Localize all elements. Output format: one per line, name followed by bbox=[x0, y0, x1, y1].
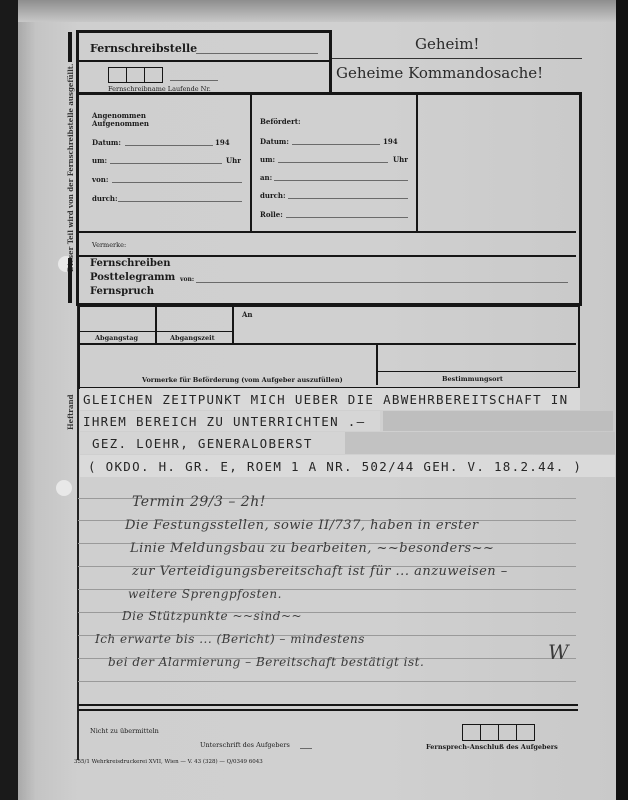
handwritten-line-4: zur Verteidigungsbereitschaft ist für ..… bbox=[132, 564, 508, 579]
phone-cell-4 bbox=[516, 724, 535, 741]
handwritten-line-1: Termin 29/3 – 2h! bbox=[132, 494, 266, 510]
left-vertical-note: Dieser Teil wird von der Fernschreibstel… bbox=[66, 64, 75, 272]
telex-line-2: IHREM BEREICH ZU UNTERRICHTEN .— bbox=[83, 414, 365, 429]
received-date-label: Datum: bbox=[92, 138, 121, 147]
divider-forwarded bbox=[416, 95, 418, 232]
received-by-label: durch: bbox=[92, 194, 118, 203]
forwarded-to-field[interactable] bbox=[274, 180, 408, 181]
forwarded-by-field[interactable] bbox=[288, 198, 408, 199]
type-telex: Fernschreiben bbox=[90, 258, 171, 269]
forwarded-date-field[interactable] bbox=[292, 144, 380, 145]
ruled-line bbox=[78, 681, 576, 682]
office-label: Fernschreibstelle bbox=[90, 42, 197, 55]
handwritten-line-8: bei der Alarmierung – Bereitschaft bestä… bbox=[108, 655, 424, 669]
telex-line-3: GEZ. LOEHR, GENERALOBERST bbox=[92, 436, 313, 451]
dispatch-day-label: Abgangstag bbox=[95, 334, 138, 342]
name-cell-3 bbox=[144, 67, 163, 83]
heftrand-label: Heftrand bbox=[66, 394, 75, 430]
printer-line: 355/1 Wehrkreisdruckerei XVII, Wien — V.… bbox=[74, 759, 263, 765]
dispatch-time-label: Abgangszeit bbox=[170, 334, 215, 342]
handwritten-line-2: Die Festungsstellen, sowie II/737, haben… bbox=[125, 518, 479, 533]
dispatch-divider-1 bbox=[155, 305, 157, 345]
destination-label: Bestimmungsort bbox=[442, 375, 503, 383]
left-bar-top bbox=[68, 32, 72, 62]
number-line bbox=[170, 80, 218, 81]
classification-secret: Geheim! bbox=[415, 35, 479, 53]
type-from-label: von: bbox=[180, 276, 194, 283]
forwarded-by-label: durch: bbox=[260, 191, 286, 200]
forwarded-time-field[interactable] bbox=[278, 162, 388, 163]
phone-cell-2 bbox=[480, 724, 499, 741]
telex-strip-blank-2 bbox=[345, 432, 615, 454]
received-time-label: um: bbox=[92, 156, 107, 165]
classification-command: Geheime Kommandosache! bbox=[336, 64, 543, 82]
office-line bbox=[196, 53, 318, 54]
remarks-bottom-rule bbox=[79, 255, 576, 257]
forwarded-uhr: Uhr bbox=[393, 155, 408, 164]
remarks-label: Vermerke: bbox=[92, 241, 126, 249]
bottom-rule-2 bbox=[78, 709, 578, 711]
office-divider bbox=[79, 60, 329, 62]
forwarded-roll-field[interactable] bbox=[286, 217, 408, 218]
handwritten-line-3: Linie Meldungsbau zu bearbeiten, ~~beson… bbox=[130, 541, 494, 556]
forwarded-roll-label: Rolle: bbox=[260, 210, 283, 219]
name-cell-2 bbox=[126, 67, 145, 83]
telex-line-4: ( OKDO. H. GR. E, ROEM 1 A NR. 502/44 GE… bbox=[88, 459, 582, 474]
dispatch-to-label: An bbox=[242, 310, 253, 319]
divider-received bbox=[250, 95, 252, 232]
punch-hole-bottom bbox=[56, 480, 72, 496]
telex-strip-blank bbox=[383, 411, 613, 431]
forwarded-year: 194 bbox=[383, 137, 398, 146]
received-uhr: Uhr bbox=[226, 156, 241, 165]
handwritten-line-7: Ich erwarte bis ... (Bericht) – mindeste… bbox=[95, 632, 365, 646]
received-date-field[interactable] bbox=[125, 145, 213, 146]
paper-top-shadow bbox=[18, 0, 616, 22]
type-from-field[interactable] bbox=[196, 282, 568, 283]
bottom-rule-1 bbox=[78, 704, 578, 706]
classification-rule bbox=[332, 58, 582, 59]
dispatch-mid-rule bbox=[78, 343, 576, 345]
received-time-field[interactable] bbox=[110, 163, 222, 164]
received-by-field[interactable] bbox=[118, 201, 242, 202]
forwarded-title: Befördert: bbox=[260, 117, 301, 126]
type-phone: Fernspruch bbox=[90, 286, 154, 297]
routing-note: Vormerke für Beförderung (vom Aufgeber a… bbox=[142, 376, 343, 384]
signature-label[interactable]: Unterschrift des Aufgebers bbox=[200, 741, 290, 749]
forwarded-to-label: an: bbox=[260, 173, 272, 182]
telex-line-1: GLEICHEN ZEITPUNKT MICH UEBER DIE ABWEHR… bbox=[83, 392, 568, 407]
dispatch-divider-2 bbox=[232, 305, 234, 345]
forwarded-time-label: um: bbox=[260, 155, 275, 164]
received-from-label: von: bbox=[92, 175, 108, 184]
phone-cell-1 bbox=[462, 724, 481, 741]
handwritten-line-5: weitere Sprengpfosten. bbox=[128, 587, 282, 601]
type-posttelegram: Posttelegramm bbox=[90, 272, 175, 283]
remarks-top-rule bbox=[79, 231, 576, 233]
left-bar-mid bbox=[68, 258, 72, 303]
phone-cell-3 bbox=[498, 724, 517, 741]
destination-rule bbox=[376, 371, 576, 372]
not-transmit-label: Nicht zu übermitteln bbox=[90, 727, 159, 735]
dispatch-label-rule bbox=[78, 331, 234, 332]
name-cell-1 bbox=[108, 67, 127, 83]
forwarded-date-label: Datum: bbox=[260, 137, 289, 146]
received-title-2: Aufgenommen bbox=[92, 119, 149, 128]
received-from-field[interactable] bbox=[112, 182, 242, 183]
signature-dash bbox=[300, 748, 312, 749]
dispatch-divider-3 bbox=[376, 345, 378, 385]
scan-edge bbox=[616, 0, 628, 800]
handwritten-initials: W bbox=[548, 640, 569, 664]
received-year: 194 bbox=[215, 138, 230, 147]
handwritten-line-6: Die Stützpunkte ~~sind~~ bbox=[122, 609, 302, 623]
phone-label: Fernsprech-Anschluß des Aufgebers bbox=[426, 743, 558, 751]
